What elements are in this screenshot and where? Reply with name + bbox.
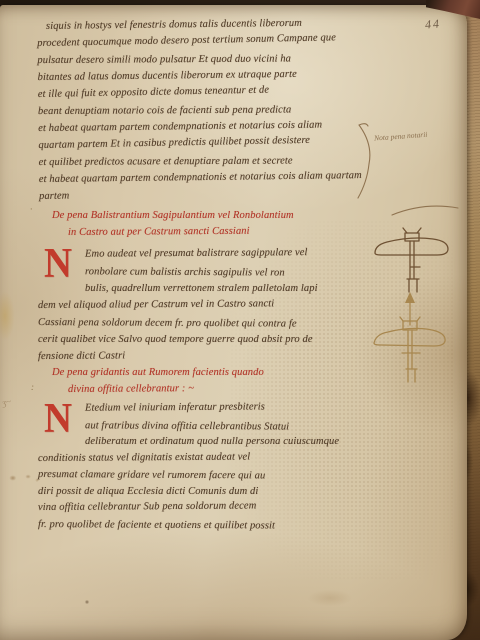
text-block-2: N Emo audeat vel presumat balistrare sag… <box>38 246 370 365</box>
margin-note: Nota pena notarii <box>374 127 474 143</box>
manuscript-photo: 44 siquis in hostys vel fenestris domus … <box>0 0 480 640</box>
text-line: ronbolare cum balistis archis sagipulis … <box>38 263 370 282</box>
stain <box>0 283 18 349</box>
text-line: in Castro aut per Castrum sancti Cassian… <box>68 222 370 241</box>
text-line: Etedium vel iniuriam inferatur presbiter… <box>38 399 370 418</box>
margin-mark: : <box>31 382 34 392</box>
stain <box>300 587 360 609</box>
text-line: vina offitia cellebrantur Sub pena soldo… <box>38 498 370 517</box>
text-line: conditionis status vel dignitatis exista… <box>38 448 370 467</box>
manuscript-page: 44 siquis in hostys vel fenestris domus … <box>0 5 467 640</box>
text-line: et quilibet predictos acusare et denupti… <box>39 152 371 171</box>
folio-number: 44 <box>424 16 441 32</box>
text-line: fr. pro quolibet de faciente et quotiens… <box>38 517 370 536</box>
stain <box>84 599 90 605</box>
text-line: divina offitia cellebrantur : ~ <box>68 379 370 398</box>
line-filler-flourish <box>390 201 460 217</box>
rubric-2: De pena gridantis aut Rumorem facientis … <box>38 364 370 398</box>
crossbow-sketch-dark <box>371 227 453 295</box>
text-line: fensione dicti Castri <box>38 346 370 365</box>
text-line: Cassiani pena soldorum decem fr. pro quo… <box>38 314 370 333</box>
text-line: beant denuptiam notario cois de facienti… <box>38 101 370 120</box>
text-line: pulsatur desero simili modo pulsatur Et … <box>37 50 369 69</box>
margin-mark: ʒ~ <box>1 396 12 408</box>
margin-mark: · <box>30 204 32 214</box>
rubric-1: De pena Balistrantium Sagipulantium vel … <box>38 207 370 241</box>
text-line: Emo audeat vel presumat balistrare sagip… <box>38 244 370 263</box>
text-block-1: siquis in hostys vel fenestris domus tal… <box>37 14 371 205</box>
text-line: dem vel aliquod aliud per Castrum vel in… <box>38 295 370 314</box>
stain <box>6 471 40 485</box>
text-block-3: N Etedium vel iniuriam inferatur presbit… <box>38 401 370 533</box>
text-line: presumat clamare gridare vel rumorem fac… <box>38 467 370 486</box>
text-line: deliberatum et ordinatum quod nulla pers… <box>38 434 370 451</box>
crossbow-sketch-light-with-bolt <box>370 291 450 387</box>
text-line: aut fratribus divina offitia cellebranti… <box>38 418 370 437</box>
